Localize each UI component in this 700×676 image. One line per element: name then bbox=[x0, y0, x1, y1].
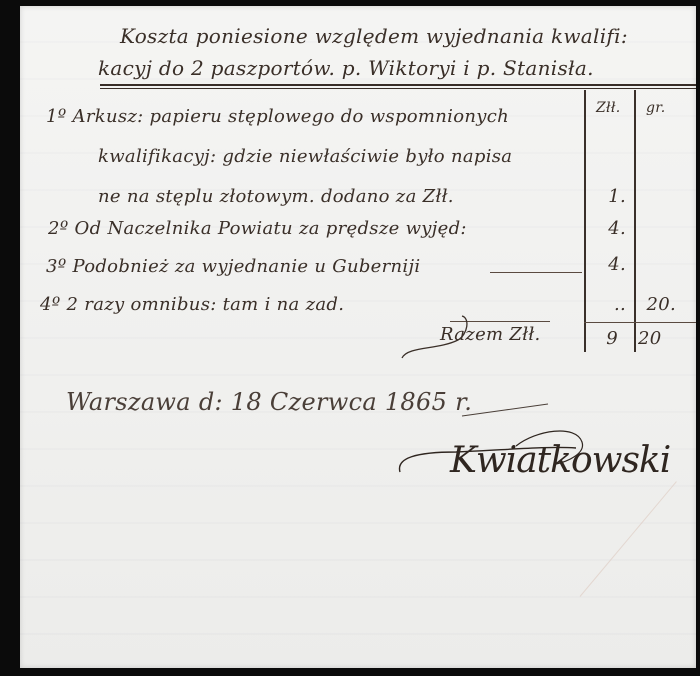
paper-fold-crease bbox=[580, 481, 677, 597]
date-flourish bbox=[460, 402, 550, 422]
document-page: Koszta poniesione względem wyjednania kw… bbox=[20, 6, 696, 668]
total-label: Razem Złł. bbox=[440, 324, 541, 345]
title-line-2: kacyj do 2 paszportów. p. Wiktoryi i p. … bbox=[98, 56, 594, 80]
item-3-line-1: 3º Podobnież za wyjednanie u Guberniji bbox=[46, 256, 420, 277]
item-3-filler-line bbox=[490, 272, 582, 273]
place-date: Warszawa d: 18 Czerwca 1865 r. bbox=[66, 388, 472, 416]
item-2-zloty: 4. bbox=[596, 218, 626, 239]
item-2-line-1: 2º Od Naczelnika Powiatu za prędsze wyję… bbox=[48, 218, 467, 239]
zloty-column-header: Złł. bbox=[596, 100, 620, 116]
title-line-1: Koszta poniesione względem wyjednania kw… bbox=[120, 24, 628, 48]
item-4-zloty: .. bbox=[596, 294, 626, 315]
item-3-zloty: 4. bbox=[596, 254, 626, 275]
item-1-line-2: kwalifikacyj: gdzie niewłaściwie było na… bbox=[98, 146, 512, 167]
signature: Kwiatkowski bbox=[450, 440, 670, 481]
item-1-line-3: ne na stęplu złotowym. dodano za Złł. bbox=[98, 186, 454, 207]
title-underline-bottom bbox=[100, 88, 696, 89]
grosze-column-header: gr. bbox=[646, 100, 665, 116]
item-1-line-1: 1º Arkusz: papieru stęplowego do wspomni… bbox=[46, 106, 509, 127]
column-divider-middle bbox=[634, 90, 636, 352]
item-4-grosze: 20. bbox=[640, 294, 676, 315]
sum-rule-columns bbox=[584, 322, 696, 323]
column-divider-left bbox=[584, 90, 586, 352]
title-underline-top bbox=[100, 84, 696, 86]
item-1-zloty: 1. bbox=[596, 186, 626, 207]
item-4-line-1: 4º 2 razy omnibus: tam i na zad. bbox=[40, 294, 344, 315]
total-zloty: 9 bbox=[596, 328, 618, 349]
total-grosze: 20 bbox=[638, 328, 672, 349]
